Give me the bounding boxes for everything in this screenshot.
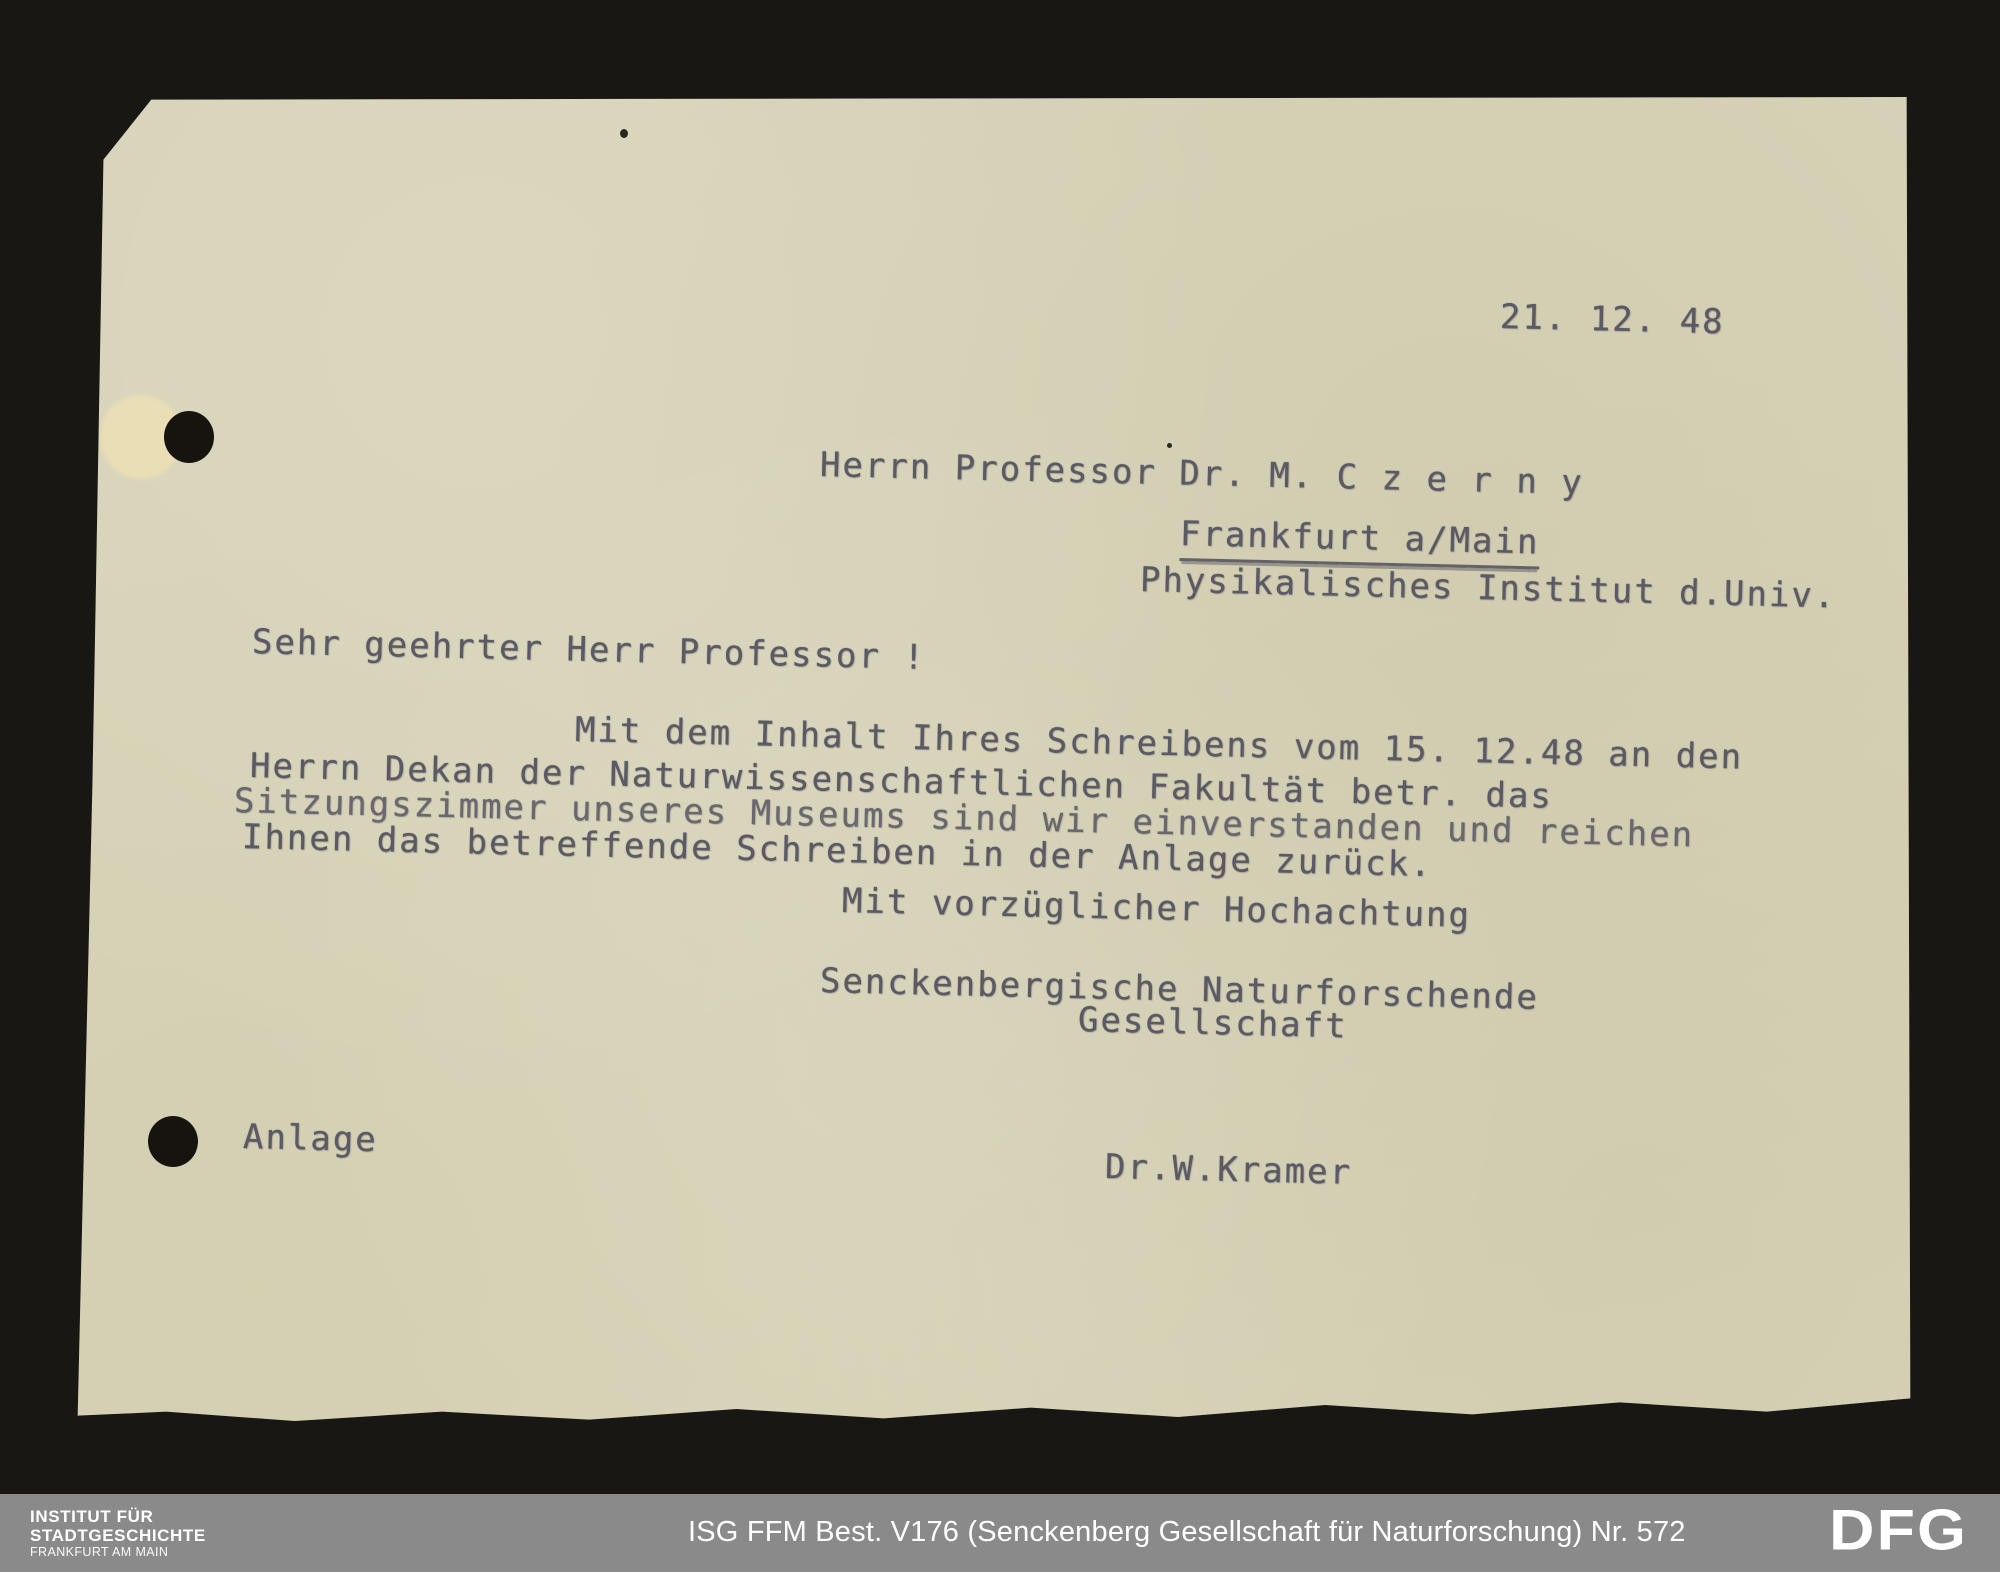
letter-page: 21. 12. 48 Herrn Professor Dr. M. C z e … bbox=[74, 93, 1914, 1425]
enclosure-note: Anlage bbox=[243, 1120, 379, 1157]
recipient-city-underlined: Frankfurt a/Main bbox=[1179, 514, 1540, 569]
institute-name-line-1: INSTITUT FÜR bbox=[30, 1507, 206, 1526]
closing-formula: Mit vorzüglicher Hochachtung bbox=[842, 884, 1472, 933]
recipient-city: Frankfurt a/Main bbox=[1180, 517, 1540, 559]
archive-reference: ISG FFM Best. V176 (Senckenberg Gesellsc… bbox=[688, 1516, 1686, 1549]
signature-name: Dr.W.Kramer bbox=[1105, 1150, 1353, 1190]
institute-logo-block: INSTITUT FÜR STADTGESCHICHTE FRANKFURT A… bbox=[30, 1507, 206, 1560]
salutation: Sehr geehrter Herr Professor ! bbox=[252, 625, 927, 675]
letter-date: 21. 12. 48 bbox=[1500, 300, 1725, 339]
institute-name-line-3: FRANKFURT AM MAIN bbox=[30, 1545, 206, 1560]
archive-footer: INSTITUT FÜR STADTGESCHICHTE FRANKFURT A… bbox=[0, 1494, 2000, 1572]
paper-speck bbox=[620, 129, 628, 138]
paper-speck bbox=[1167, 443, 1172, 448]
punch-hole-top bbox=[164, 411, 214, 463]
dfg-logo: DFG bbox=[1829, 1499, 1968, 1560]
institute-name-line-2: STADTGESCHICHTE bbox=[30, 1526, 206, 1545]
organization-name-line-2: Gesellschaft bbox=[1078, 1003, 1348, 1043]
recipient-institute: Physikalisches Institut d.Univ. bbox=[1140, 563, 1837, 613]
recipient-name: Herrn Professor Dr. M. C z e r n y bbox=[820, 448, 1585, 500]
scan-viewer: 21. 12. 48 Herrn Professor Dr. M. C z e … bbox=[0, 0, 2000, 1572]
punch-hole-bottom bbox=[148, 1116, 198, 1167]
